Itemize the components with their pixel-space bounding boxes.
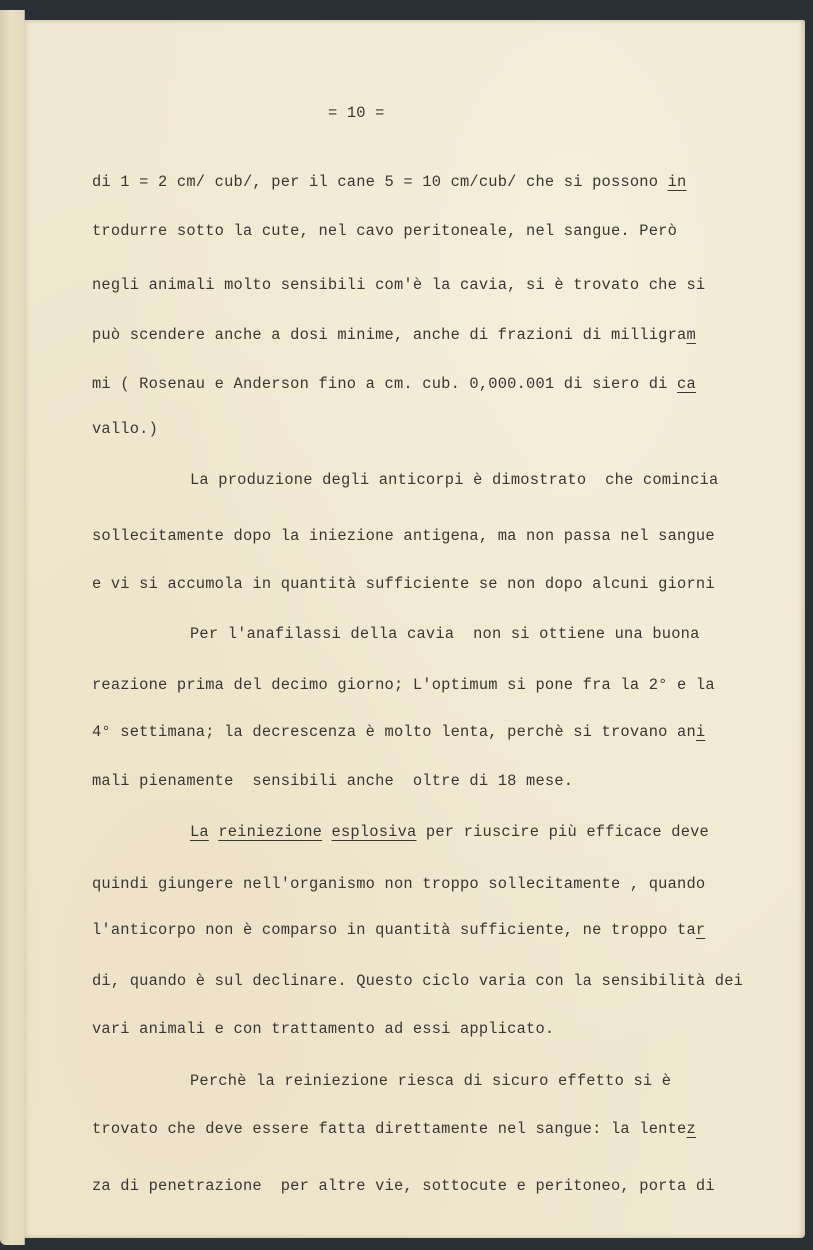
page-number: = 10 = — [328, 104, 385, 122]
text-line: l'anticorpo non è comparso in quantità s… — [92, 921, 705, 939]
underlined-text: m — [686, 326, 695, 344]
text-line: di 1 = 2 cm/ cub/, per il cane 5 = 10 cm… — [92, 173, 686, 191]
text-segment: Perchè la reiniezione riesca di sicuro e… — [190, 1072, 671, 1090]
text-segment: può scendere anche a dosi minime, anche … — [92, 326, 686, 344]
text-line: vallo.) — [92, 420, 158, 438]
text-line: può scendere anche a dosi minime, anche … — [92, 326, 696, 344]
text-segment: e vi si accumola in quantità sufficiente… — [92, 575, 715, 593]
text-segment: di, quando è sul declinare. Questo ciclo… — [92, 972, 743, 990]
text-line: sollecitamente dopo la iniezione antigen… — [92, 527, 715, 545]
text-segment: trovato che deve essere fatta direttamen… — [92, 1120, 686, 1138]
text-segment: La produzione degli anticorpi è dimostra… — [190, 471, 718, 489]
text-segment: vallo.) — [92, 420, 158, 438]
text-line: La produzione degli anticorpi è dimostra… — [190, 471, 718, 489]
text-segment: Per l'anafilassi della cavia non si otti… — [190, 625, 700, 643]
text-line: 4° settimana; la decrescenza è molto len… — [92, 723, 705, 741]
underlined-text: in — [668, 173, 687, 191]
text-segment: quindi giungere nell'organismo non tropp… — [92, 875, 705, 893]
text-segment: mali pienamente sensibili anche oltre di… — [92, 772, 573, 790]
text-line: trodurre sotto la cute, nel cavo periton… — [92, 222, 677, 240]
adjacent-page-edge — [0, 10, 25, 1245]
text-segment: 4° settimana; la decrescenza è molto len… — [92, 723, 696, 741]
text-line: Perchè la reiniezione riesca di sicuro e… — [190, 1072, 671, 1090]
text-line: e vi si accumola in quantità sufficiente… — [92, 575, 715, 593]
underlined-text: ca — [677, 375, 696, 393]
text-segment: l'anticorpo non è comparso in quantità s… — [92, 921, 696, 939]
underlined-text: reiniezione — [218, 823, 322, 841]
text-line: negli animali molto sensibili com'è la c… — [92, 276, 705, 294]
text-line: mi ( Rosenau e Anderson fino a cm. cub. … — [92, 375, 696, 393]
text-segment: sollecitamente dopo la iniezione antigen… — [92, 527, 715, 545]
text-segment: negli animali molto sensibili com'è la c… — [92, 276, 705, 294]
text-segment — [322, 823, 331, 841]
text-segment — [209, 823, 218, 841]
text-segment: trodurre sotto la cute, nel cavo periton… — [92, 222, 677, 240]
text-segment: mi ( Rosenau e Anderson fino a cm. cub. … — [92, 375, 677, 393]
underlined-text: esplosiva — [332, 823, 417, 841]
text-line: za di penetrazione per altre vie, sottoc… — [92, 1177, 715, 1195]
text-line: trovato che deve essere fatta direttamen… — [92, 1120, 696, 1138]
underlined-text: r — [696, 921, 705, 939]
text-segment: vari animali e con trattamento ad essi a… — [92, 1020, 554, 1038]
text-line: di, quando è sul declinare. Questo ciclo… — [92, 972, 743, 990]
underlined-text: i — [696, 723, 705, 741]
underlined-text: La — [190, 823, 209, 841]
text-line: vari animali e con trattamento ad essi a… — [92, 1020, 554, 1038]
text-segment: za di penetrazione per altre vie, sottoc… — [92, 1177, 715, 1195]
text-line: reazione prima del decimo giorno; L'opti… — [92, 676, 715, 694]
text-line: La reiniezione esplosiva per riuscire pi… — [190, 823, 709, 841]
text-line: mali pienamente sensibili anche oltre di… — [92, 772, 573, 790]
underlined-text: z — [686, 1120, 695, 1138]
text-line: Per l'anafilassi della cavia non si otti… — [190, 625, 700, 643]
text-segment: reazione prima del decimo giorno; L'opti… — [92, 676, 715, 694]
text-line: quindi giungere nell'organismo non tropp… — [92, 875, 705, 893]
text-segment: per riuscire più efficace deve — [416, 823, 709, 841]
text-segment: di 1 = 2 cm/ cub/, per il cane 5 = 10 cm… — [92, 173, 668, 191]
